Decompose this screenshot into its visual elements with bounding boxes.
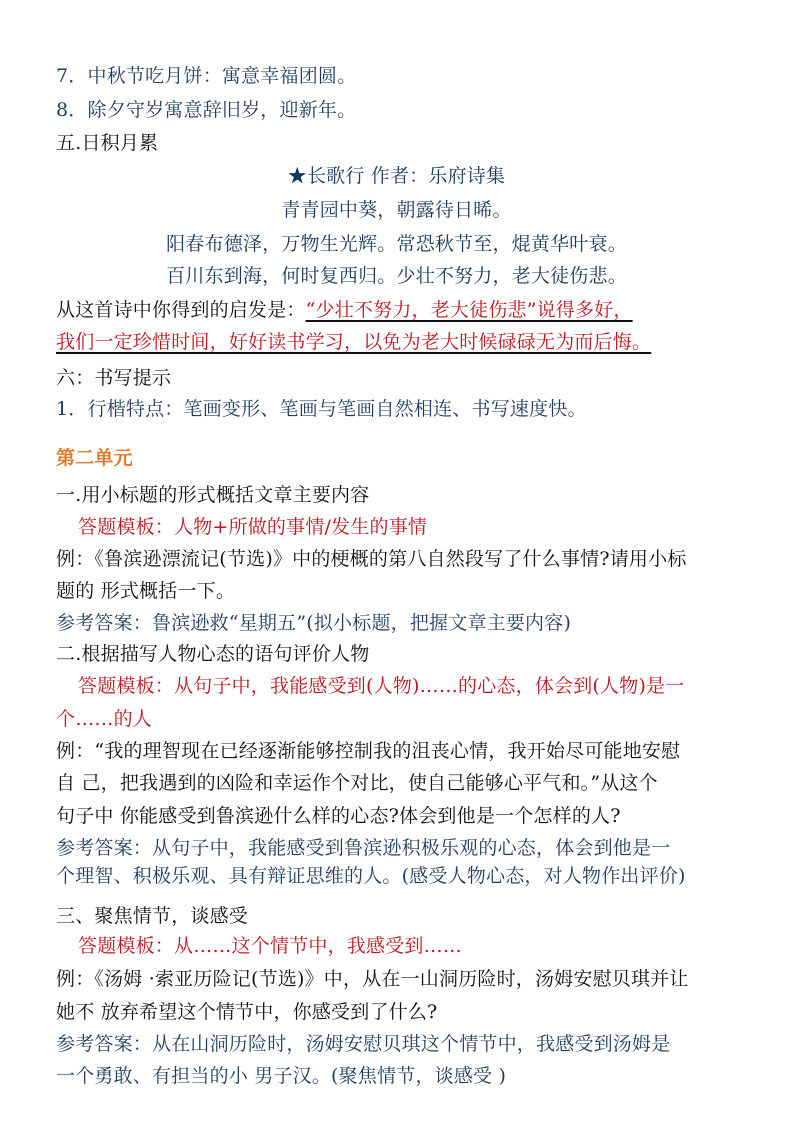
answer-template: 答题模板：从句子中，我能感受到(人物)……的心态，体会到(人物)是一 (78, 674, 684, 698)
example-question-continued: 句子中 你能感受到鲁滨逊什么样的心态?体会到他是一个怎样的人? (56, 804, 621, 828)
reference-answer-continued: 个理智、积极乐观、具有辩证思维的人。(感受人物心态，对人物作出评价) (56, 864, 686, 888)
question-prefix: 从这首诗中你得到的启发是： (56, 299, 306, 321)
poem-title: ★长歌行 作者：乐府诗集 (0, 164, 793, 188)
example-question: 例：“我的理智现在已经逐渐能够控制我的沮丧心情，我开始尽可能地安慰 (56, 739, 680, 763)
poem-line: 青青园中葵，朝露待日晞。 (0, 198, 793, 222)
poem-line: 阳春布德泽，万物生光辉。常恐秋节至，焜黄华叶衰。 (0, 232, 793, 256)
part-heading-plot-focus: 三、聚焦情节，谈感受 (56, 904, 248, 928)
section-heading-accumulation: 五.日积月累 (56, 131, 158, 155)
example-question: 例：《汤姆 ·索亚历险记(节选)》中，从在一山洞历险时，汤姆安慰贝琪并让 (56, 967, 689, 991)
reference-answer: 参考答案：鲁滨逊救“星期五”(拟小标题，把握文章主要内容) (56, 611, 571, 635)
reference-answer: 参考答案：从在山洞历险时，汤姆安慰贝琪这个情节中，我感受到汤姆是 (56, 1032, 670, 1056)
list-item-running-script: 1．行楷特点：笔画变形、笔画与笔画自然相连、书写速度快。 (56, 397, 587, 421)
unit-title: 第二单元 (56, 446, 133, 470)
answer-text-continued: 我们一定珍惜时间，好好读书学习，以免为老大时候碌碌无为而后悔。 (56, 330, 651, 354)
poem-inspiration-question: 从这首诗中你得到的启发是：“少壮不努力，老大徒伤悲”说得多好， (56, 298, 633, 322)
reference-answer: 参考答案：从句子中，我能感受到鲁滨逊积极乐观的心态，体会到他是一 (56, 836, 670, 860)
answer-template: 答题模板：人物+所做的事情/发生的事情 (78, 515, 427, 539)
poem-line: 百川东到海，何时复西归。少壮不努力，老大徒伤悲。 (0, 264, 793, 288)
example-question-continued: 题的 形式概括一下。 (56, 579, 235, 603)
example-question-continued: 自 己，把我遇到的凶险和幸运作个对比，使自己能够心平气和。”从这个 (56, 771, 658, 795)
list-item-mid-autumn: 7．中秋节吃月饼：寓意幸福团圆。 (56, 64, 356, 88)
section-heading-writing-tips: 六：书写提示 (56, 366, 171, 390)
list-item-new-year-eve: 8．除夕守岁寓意辞旧岁，迎新年。 (56, 98, 356, 122)
answer-text: “少壮不努力，老大徒伤悲”说得多好， (306, 299, 633, 321)
answer-template: 答题模板：从……这个情节中，我感受到…… (78, 934, 462, 958)
part-heading-character-mindset: 二.根据描写人物心态的语句评价人物 (56, 642, 369, 666)
example-question: 例：《鲁滨逊漂流记(节选)》中的梗概的第八自然段写了什么事情?请用小标 (56, 547, 687, 571)
part-heading-subtitles: 一.用小标题的形式概括文章主要内容 (56, 483, 369, 507)
answer-template-continued: 个……的人 (56, 707, 152, 731)
reference-answer-continued: 一个勇敢、有担当的小 男子汉。(聚焦情节，谈感受 ) (56, 1064, 506, 1088)
example-question-continued: 她不 放弃希望这个情节中，你感受到了什么? (56, 1000, 437, 1024)
